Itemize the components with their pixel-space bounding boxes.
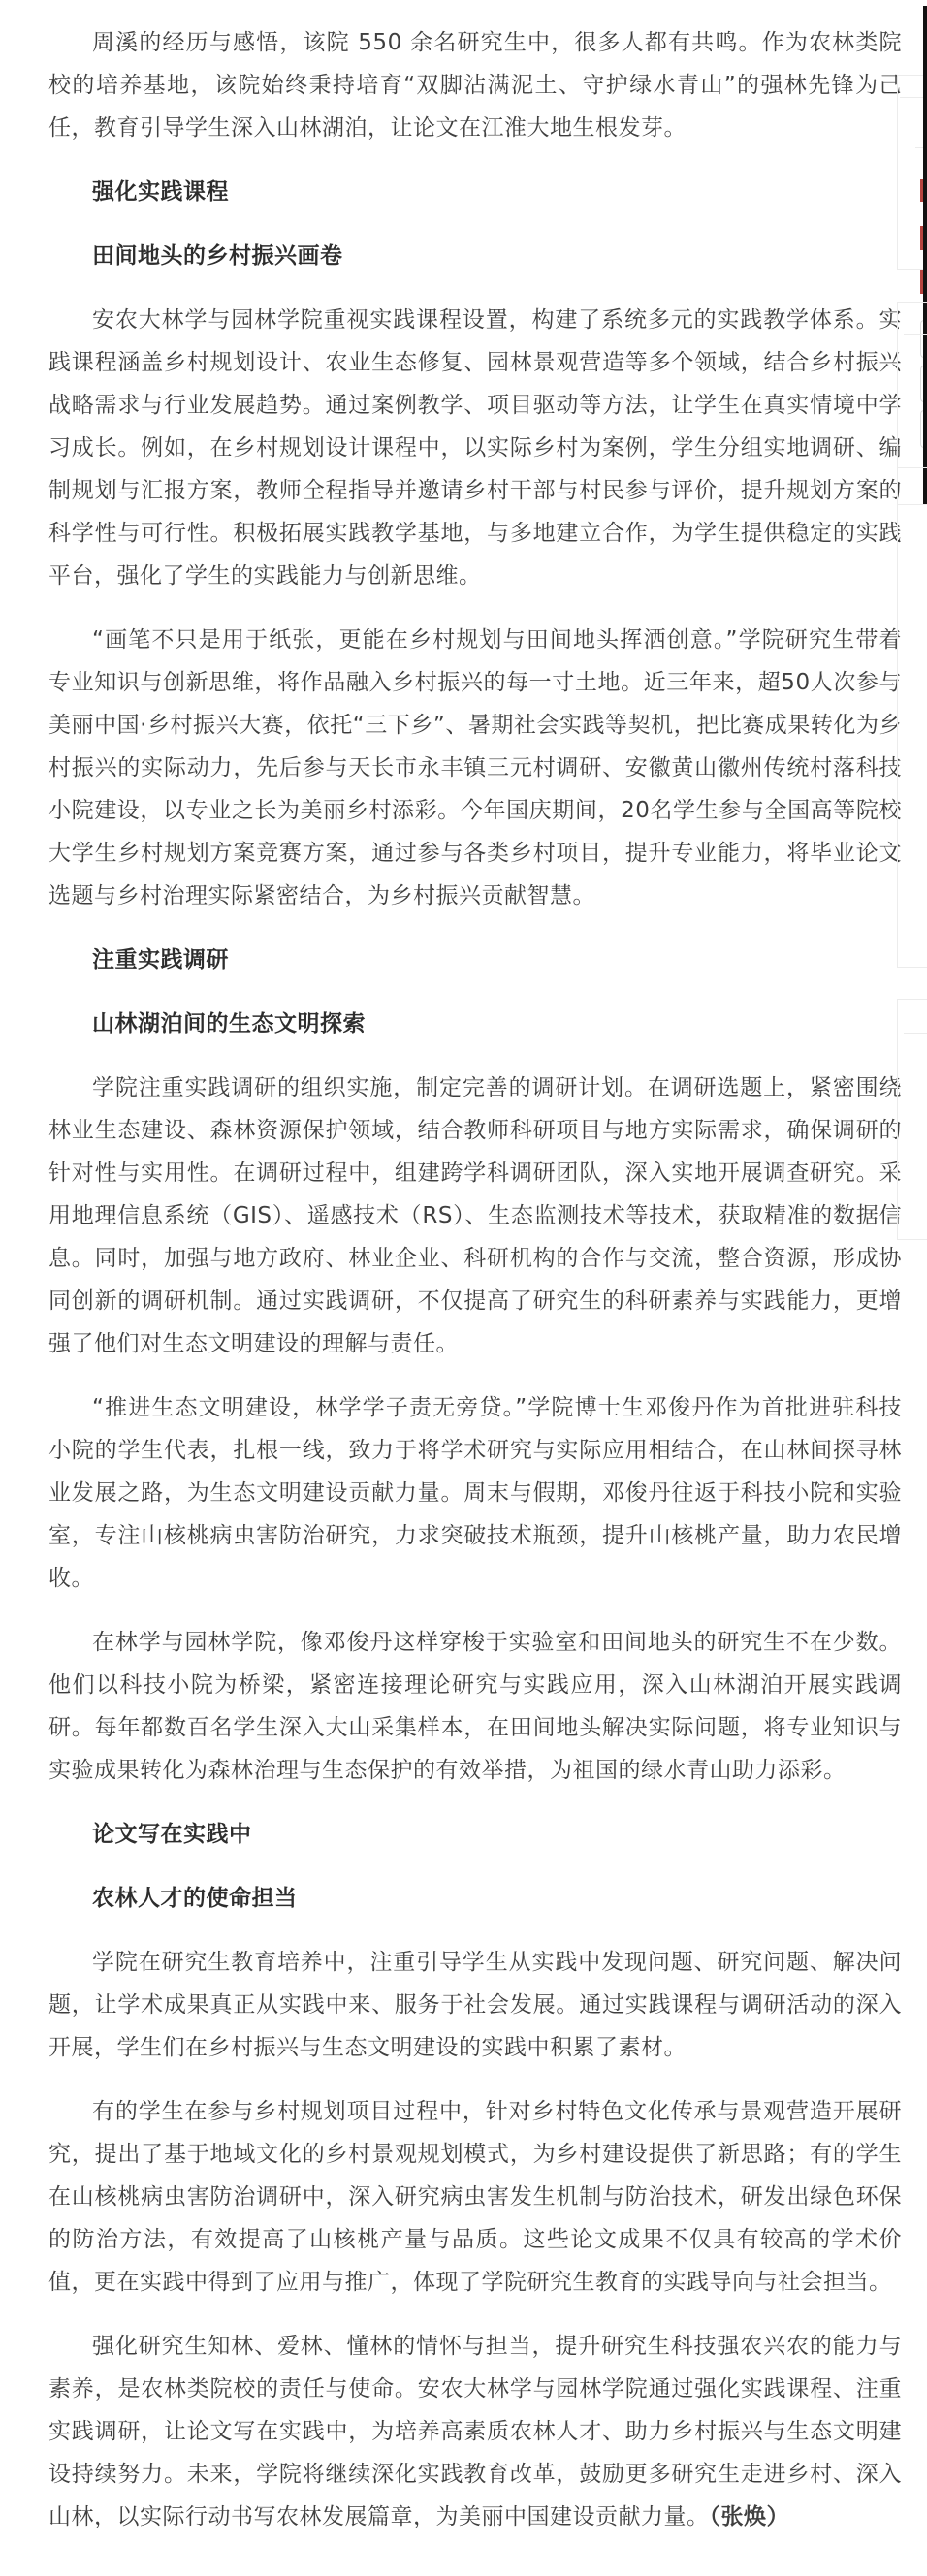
sidebar-card-left-border xyxy=(897,75,898,269)
sidebar-card-left-border xyxy=(897,302,898,967)
sidebar-card-top-border xyxy=(897,302,927,303)
sidebar-card-bottom-border xyxy=(897,967,927,968)
paragraph: 周溪的经历与感悟，该院 550 余名研究生中，很多人都有共鸣。作为农林类院校的培… xyxy=(48,21,902,149)
paragraph: “画笔不只是用于纸张，更能在乡村规划与田间地头挥洒创意。”学院研究生带着专业知识… xyxy=(48,619,902,917)
paragraph: 在林学与园林学院，像邓俊丹这样穿梭于实验室和田间地头的研究生不在少数。他们以科技… xyxy=(48,1621,902,1792)
section-subheading: 田间地头的乡村振兴画卷 xyxy=(48,235,902,277)
sidebar-card-separator xyxy=(904,334,927,335)
article-body: 周溪的经历与感悟，该院 550 余名研究生中，很多人都有共鸣。作为农林类院校的培… xyxy=(48,21,902,2560)
cropped-image-edge xyxy=(923,6,927,504)
section-heading: 注重实践调研 xyxy=(48,938,902,981)
section-heading: 论文写在实践中 xyxy=(48,1813,902,1856)
sidebar-card-separator xyxy=(904,1033,927,1034)
sidebar-card-separator xyxy=(900,97,923,98)
sidebar-card-separator xyxy=(915,147,923,148)
paragraph: “推进生态文明建设，林学学子责无旁贷。”学院博士生邓俊丹作为首批进驻科技小院的学… xyxy=(48,1386,902,1600)
paragraph-text: 强化研究生知林、爱林、懂林的情怀与担当，提升研究生科技强农兴农的能力与素养，是农… xyxy=(48,2334,902,2529)
section-subheading: 山林湖泊间的生态文明探索 xyxy=(48,1002,902,1045)
sidebar-card-left-border xyxy=(897,999,898,1239)
section-subheading: 农林人才的使命担当 xyxy=(48,1877,902,1920)
section-heading: 强化实践课程 xyxy=(48,171,902,213)
sidebar-card-bottom-border xyxy=(897,1239,927,1240)
sidebar-separator xyxy=(898,467,927,468)
paragraph: 学院注重实践调研的组织实施，制定完善的调研计划。在调研选题上，紧密围绕林业生态建… xyxy=(48,1066,902,1365)
paragraph: 有的学生在参与乡村规划项目过程中，针对乡村特色文化传承与景观营造开展研究，提出了… xyxy=(48,2090,902,2304)
author-byline: （张焕） xyxy=(710,2504,790,2529)
paragraph: 学院在研究生教育培养中，注重引导学生从实践中发现问题、研究问题、解决问题，让学术… xyxy=(48,1941,902,2069)
paragraph: 安农大林学与园林学院重视实践课程设置，构建了系统多元的实践教学体系。实践课程涵盖… xyxy=(48,299,902,597)
paragraph: 强化研究生知林、爱林、懂林的情怀与担当，提升研究生科技强农兴农的能力与素养，是农… xyxy=(48,2325,902,2538)
sidebar-separator xyxy=(898,504,927,505)
sidebar-card-top-border xyxy=(897,999,927,1000)
